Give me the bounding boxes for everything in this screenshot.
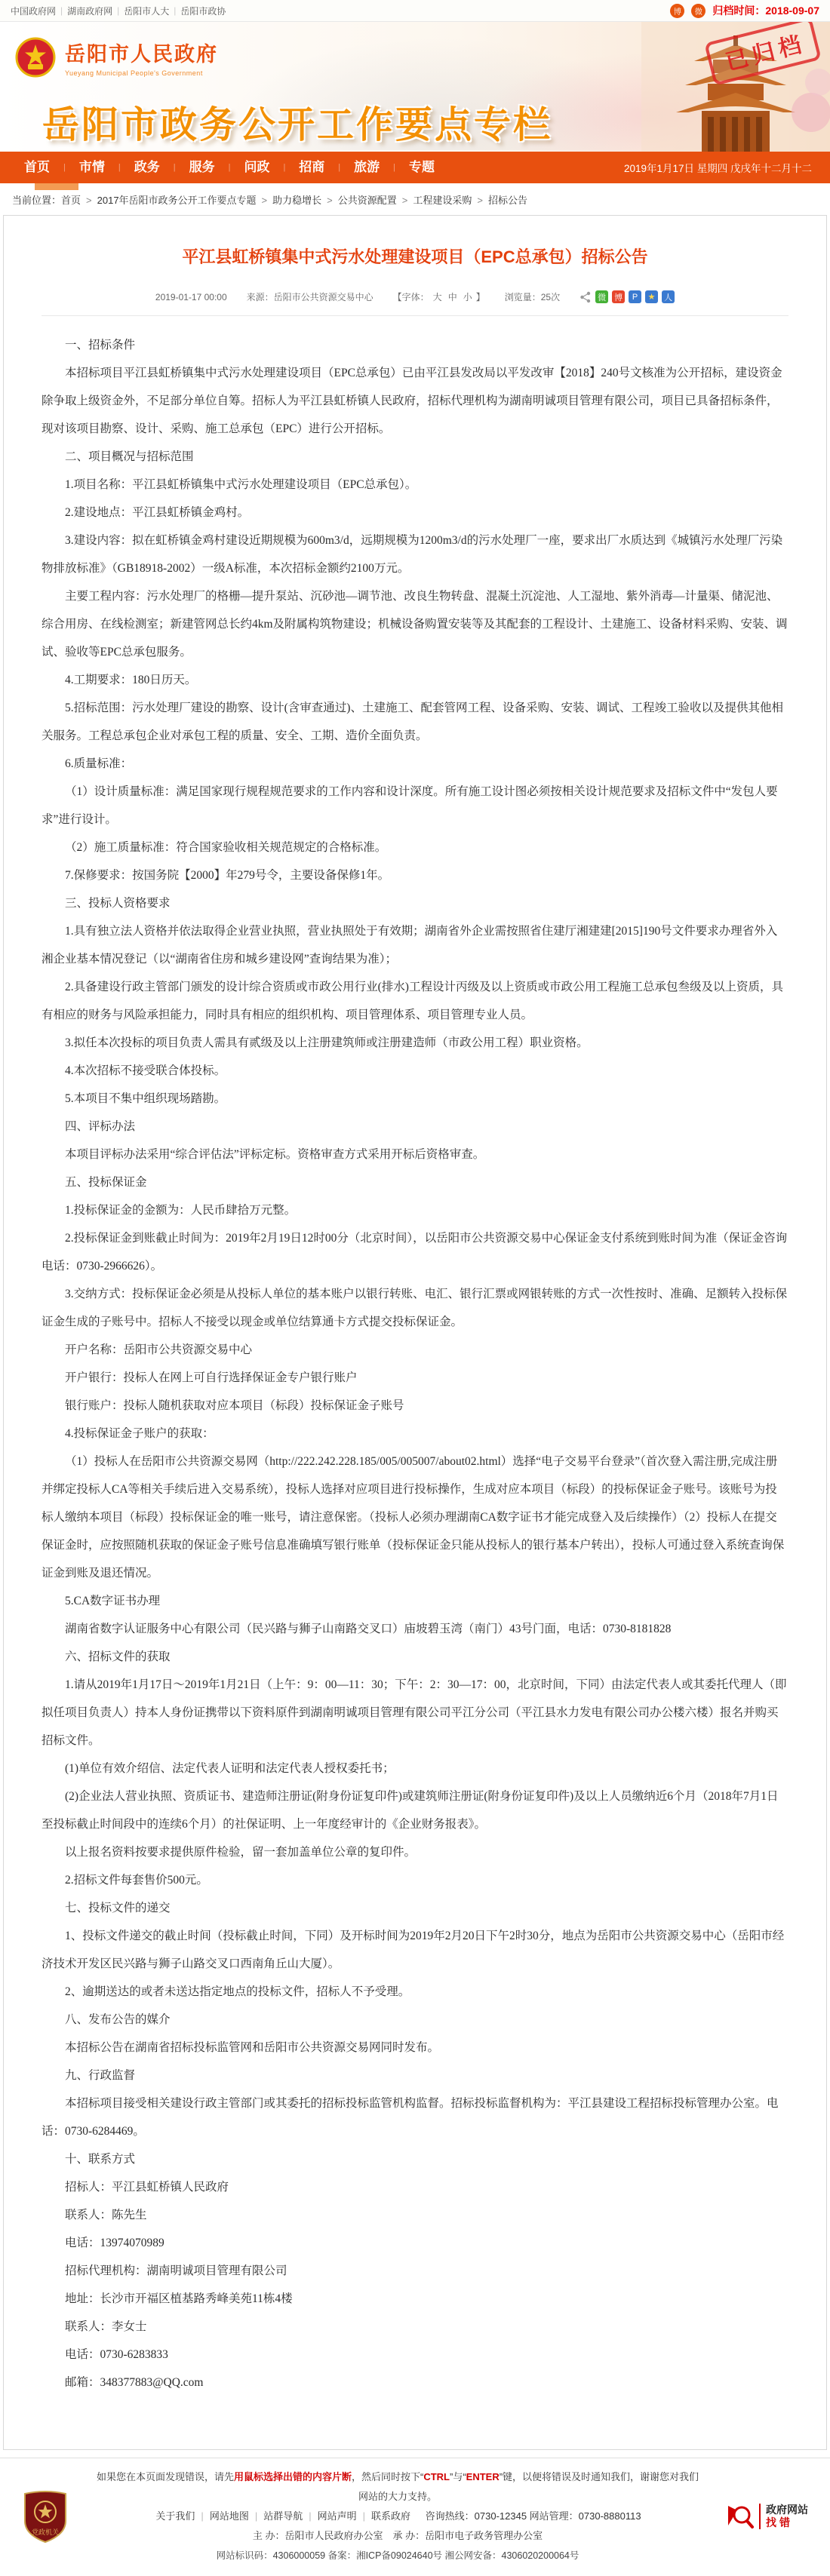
topbar-links: 中国政府网|湖南政府网|岳阳市人大|岳阳市政协 — [11, 5, 226, 17]
article-paragraph: 本招标项目接受相关建设行政主管部门或其委托的招标投标监管机构监督。招标投标监督机… — [41, 2089, 788, 2145]
tip-fragment: 用鼠标选择出错的内容片断 — [234, 2471, 352, 2482]
article-paragraph: 三、投标人资格要求 — [41, 889, 788, 917]
breadcrumb-item[interactable]: 助力稳增长 — [272, 195, 321, 206]
banner-title: 岳阳市政务公开工作要点专栏 — [42, 96, 552, 149]
separator: > — [262, 195, 268, 206]
article-paragraph: 2.招标文件每套售价500元。 — [41, 1866, 788, 1894]
nav-item[interactable]: 首页 — [11, 152, 63, 183]
national-emblem-logo — [15, 37, 56, 78]
topbar-link[interactable]: 湖南政府网 — [67, 5, 112, 17]
article-body: 一、招标条件本招标项目平江县虹桥镇集中式污水处理建设项目（EPC总承包）已由平江… — [41, 331, 788, 2396]
view-count: 浏览量：25次 — [505, 290, 560, 303]
article-paragraph: 二、项目概况与招标范围 — [41, 443, 788, 471]
share-weibo-icon[interactable]: 博 — [612, 290, 625, 303]
nav-item[interactable]: 市情 — [66, 152, 118, 183]
font-size-button[interactable]: 中 — [448, 290, 457, 303]
find-error-bottom-label: 找错 — [766, 2516, 808, 2529]
article-paragraph: 3.交纳方式：投标保证金必须是从投标人单位的基本账户以银行转账、电汇、银行汇票或… — [41, 1280, 788, 1336]
article-paragraph: 八、发布公告的媒介 — [41, 2006, 788, 2034]
article-paragraph: 1.请从2019年1月17日～2019年1月21日（上午：9：00—11：30；… — [41, 1671, 788, 1755]
nav-item[interactable]: 招商 — [285, 152, 338, 183]
article-paragraph: 6.质量标准： — [41, 750, 788, 778]
footer-center: 如果您在本页面发现错误，请先用鼠标选择出错的内容片断，然后同时按下“CTRL”与… — [96, 2467, 699, 2565]
nav-active-strip — [35, 183, 78, 190]
nav-item[interactable]: 旅游 — [340, 152, 393, 183]
gov-name-en: Yueyang Municipal People's Government — [65, 69, 218, 77]
tip-fragment: ENTER — [466, 2471, 500, 2482]
main-nav: 首页|市情|政务|服务|问政|招商|旅游|专题 2019年1月17日 星期四 戊… — [0, 152, 830, 183]
find-error-top-label: 政府网站 — [766, 2504, 808, 2516]
article-paragraph: 五、投标保证金 — [41, 1168, 788, 1196]
article-paragraph: （1）设计质量标准：满足国家现行规程规范要求的工作内容和设计深度。所有施工设计图… — [41, 778, 788, 834]
article-paragraph: 5.CA数字证书办理 — [41, 1587, 788, 1615]
article-paragraph: 3.建设内容：拟在虹桥镇金鸡村建设近期规模为600m3/d，远期规模为1200m… — [41, 527, 788, 582]
find-error-texts: 政府网站 找错 — [759, 2504, 808, 2529]
share-bar: 微博P★人 — [579, 290, 675, 303]
article-paragraph: 联系人：陈先生 — [41, 2201, 788, 2229]
breadcrumb-item[interactable]: 招标公告 — [488, 195, 527, 206]
article-paragraph: 本招标公告在湖南省招标投标监管网和岳阳市公共资源交易网同时发布。 — [41, 2034, 788, 2062]
nav-date-label: 2019年1月17日 星期四 戊戌年十二月十二 — [624, 160, 819, 175]
article-paragraph: 电话：0730-6283833 — [41, 2341, 788, 2369]
font-size-button[interactable]: 大 — [433, 290, 442, 303]
article-paragraph: 2.建设地点：平江县虹桥镇金鸡村。 — [41, 499, 788, 527]
article-paragraph: 电话：13974070989 — [41, 2229, 788, 2257]
breadcrumb-items: 首页>2017年岳阳市政务公开工作要点专题>助力稳增长>公共资源配置>工程建设采… — [61, 192, 527, 207]
topbar-link[interactable]: 岳阳市人大 — [124, 5, 169, 17]
footer-links: 关于我们|网站地图|站群导航|网站声明|联系政府 — [154, 2510, 412, 2522]
share-icon[interactable] — [579, 291, 592, 303]
nav-item[interactable]: 政务 — [121, 152, 174, 183]
tip-fragment: ”与“ — [450, 2471, 466, 2482]
article-paragraph: 2.投标保证金到账截止时间为：2019年2月19日12时00分（北京时间），以岳… — [41, 1224, 788, 1280]
gov-logo-row: 岳阳市人民政府 Yueyang Municipal People's Gover… — [15, 37, 218, 78]
article-paragraph: 六、招标文件的获取 — [41, 1643, 788, 1671]
article-paragraph: 2.具备建设行政主管部门颁发的设计综合资质或市政公用行业(排水)工程设计丙级及以… — [41, 973, 788, 1029]
article-paragraph: (2)企业法人营业执照、资质证书、建造师注册证(附身份证复印件)或建筑师注册证(… — [41, 1782, 788, 1838]
article-paragraph: 联系人：李女士 — [41, 2313, 788, 2341]
footer-link[interactable]: 网站声明 — [318, 2510, 357, 2522]
article-paragraph: 招标人：平江县虹桥镇人民政府 — [41, 2173, 788, 2201]
article-paragraph: 十、联系方式 — [41, 2145, 788, 2173]
badge-text-node: 党政机关 — [32, 2528, 59, 2536]
share-icons: 微博P★人 — [595, 290, 675, 303]
article-paragraph: 七、投标文件的递交 — [41, 1894, 788, 1922]
share-tieba-icon[interactable]: P — [629, 290, 641, 303]
nav-item[interactable]: 问政 — [230, 152, 283, 183]
article-paragraph: 1.具有独立法人资格并依法取得企业营业执照，营业执照处于有效期；湖南省外企业需按… — [41, 917, 788, 973]
footer-link[interactable]: 联系政府 — [371, 2510, 410, 2522]
topbar-link[interactable]: 中国政府网 — [11, 5, 56, 17]
article-paragraph: 四、评标办法 — [41, 1113, 788, 1141]
article-paragraph: 本招标项目平江县虹桥镇集中式污水处理建设项目（EPC总承包）已由平江县发改局以平… — [41, 359, 788, 443]
article-paragraph: 5.本项目不集中组织现场踏勘。 — [41, 1085, 788, 1113]
article-paragraph: 5.招标范围：污水处理厂建设的勘察、设计(含审查通过)、土建施工、配套管网工程、… — [41, 694, 788, 750]
wechat-icon[interactable]: 微 — [691, 4, 705, 18]
topbar-right: 博 微 归档时间：2018-09-07 — [670, 3, 819, 18]
weibo-icon[interactable]: 博 — [670, 4, 684, 18]
article-paragraph: 本项目评标办法采用“综合评估法”评标定标。资格审查方式采用开标后资格审查。 — [41, 1141, 788, 1168]
article-paragraph: 4.投标保证金子账户的获取： — [41, 1420, 788, 1448]
topbar-link[interactable]: 岳阳市政协 — [180, 5, 226, 17]
font-size-buttons: 大中小 — [431, 290, 475, 303]
separator: > — [86, 195, 92, 206]
separator: | — [309, 2510, 311, 2522]
magnifier-icon — [727, 2503, 754, 2530]
separator: | — [201, 2510, 203, 2522]
share-renren-icon[interactable]: 人 — [662, 290, 675, 303]
separator: > — [327, 195, 333, 206]
separator: > — [477, 195, 483, 206]
article-paragraph: 主要工程内容：污水处理厂的格栅—提升泵站、沉砂池—调节池、改良生物转盘、混凝土沉… — [41, 582, 788, 666]
site-footer: 党政机关 如果您在本页面发现错误，请先用鼠标选择出错的内容片断，然后同时按下“C… — [0, 2458, 830, 2576]
share-qzone-icon[interactable]: ★ — [645, 290, 658, 303]
article-paragraph: 3.拟任本次投标的项目负责人需具有贰级及以上注册建筑师或注册建造师（市政公用工程… — [41, 1029, 788, 1057]
article-paragraph: 4.本次招标不接受联合体投标。 — [41, 1057, 788, 1085]
party-gov-badge: 党政机关 — [22, 2489, 69, 2544]
breadcrumb: 当前位置： 首页>2017年岳阳市政务公开工作要点专题>助力稳增长>公共资源配置… — [0, 183, 830, 215]
article-paragraph: （1）投标人在岳阳市公共资源交易网（http://222.242.228.185… — [41, 1448, 788, 1587]
nav-item[interactable]: 服务 — [176, 152, 229, 183]
article-paragraph: 1、投标文件递交的截止时间（投标截止时间，下同）及开标时间为2019年2月20日… — [41, 1922, 788, 1978]
footer-links-row: 关于我们|网站地图|站群导航|网站声明|联系政府 咨询热线：0730-12345… — [96, 2507, 699, 2526]
breadcrumb-label: 当前位置： — [12, 192, 61, 207]
share-wechat-icon[interactable]: 微 — [595, 290, 608, 303]
article-paragraph: 开户银行：投标人在网上可自行选择保证金专户银行账户 — [41, 1364, 788, 1392]
footer-ids-line: 网站标识码：4306000059 备案：湘ICP备09024640号 湘公网安备… — [96, 2546, 699, 2565]
tip-fragment: CTRL — [423, 2471, 450, 2482]
article-paragraph: 7.保修要求：按国务院【2000】年279号令，主要设备保修1年。 — [41, 861, 788, 889]
site-banner: 岳阳市人民政府 Yueyang Municipal People's Gover… — [0, 21, 830, 152]
article-title: 平江县虹桥镇集中式污水处理建设项目（EPC总承包）招标公告 — [41, 244, 788, 268]
article-paragraph: (1)单位有效介绍信、法定代表人证明和法定代表人授权委托书； — [41, 1755, 788, 1782]
font-size-control: 【字体： 大中小 】 — [393, 290, 485, 303]
article-card: 平江县虹桥镇集中式污水处理建设项目（EPC总承包）招标公告 2019-01-17… — [3, 215, 827, 2450]
footer-hotline: 咨询热线：0730-12345 网站管理：0730-8880113 — [426, 2510, 641, 2522]
article-meta: 2019-01-17 00:00 来源：岳阳市公共资源交易中心 【字体： 大中小… — [41, 290, 788, 316]
breadcrumb-item[interactable]: 2017年岳阳市政务公开工作要点专题 — [97, 195, 257, 206]
separator: | — [60, 5, 63, 16]
font-control-label-end: 】 — [476, 290, 485, 303]
gov-names: 岳阳市人民政府 Yueyang Municipal People's Gover… — [65, 38, 218, 77]
separator: | — [174, 5, 176, 16]
tip-fragment: ，然后同时按下“ — [352, 2471, 423, 2482]
footer-link[interactable]: 网站地图 — [210, 2510, 249, 2522]
gov-site-find-error-widget[interactable]: 政府网站 找错 — [727, 2503, 808, 2530]
separator: | — [363, 2510, 365, 2522]
article-source: 来源：岳阳市公共资源交易中心 — [247, 290, 373, 303]
error-report-tip: 如果您在本页面发现错误，请先用鼠标选择出错的内容片断，然后同时按下“CTRL”与… — [96, 2467, 699, 2507]
nav-item[interactable]: 专题 — [395, 152, 448, 183]
top-strip: 中国政府网|湖南政府网|岳阳市人大|岳阳市政协 博 微 归档时间：2018-09… — [0, 0, 830, 21]
archive-time-label: 归档时间：2018-09-07 — [712, 3, 819, 18]
article-paragraph: 4.工期要求：180日历天。 — [41, 666, 788, 694]
article-paragraph: 九、行政监督 — [41, 2062, 788, 2089]
article-paragraph: 2、逾期送达的或者未送达指定地点的投标文件，招标人不予受理。 — [41, 1978, 788, 2006]
footer-host-line: 主 办：岳阳市人民政府办公室 承 办：岳阳市电子政务管理办公室 — [96, 2526, 699, 2546]
breadcrumb-item[interactable]: 工程建设采购 — [413, 195, 472, 206]
article-paragraph: 开户名称：岳阳市公共资源交易中心 — [41, 1336, 788, 1364]
separator: | — [117, 5, 119, 16]
publish-date: 2019-01-17 00:00 — [155, 292, 227, 302]
nav-items: 首页|市情|政务|服务|问政|招商|旅游|专题 — [11, 152, 448, 183]
separator: > — [402, 195, 408, 206]
gov-name-cn[interactable]: 岳阳市人民政府 — [65, 38, 218, 67]
font-control-label: 【字体： — [393, 290, 429, 303]
article-paragraph: 以上报名资料按要求提供原件检验，留一套加盖单位公章的复印件。 — [41, 1838, 788, 1866]
article-paragraph: 1.项目名称：平江县虹桥镇集中式污水处理建设项目（EPC总承包）。 — [41, 471, 788, 499]
article-paragraph: 湖南省数字认证服务中心有限公司（民兴路与狮子山南路交叉口）庙坡碧玉湾（南门）43… — [41, 1615, 788, 1643]
footer-link[interactable]: 关于我们 — [155, 2510, 195, 2522]
article-paragraph: 一、招标条件 — [41, 331, 788, 359]
breadcrumb-item[interactable]: 首页 — [61, 195, 81, 206]
article-paragraph: （2）施工质量标准：符合国家验收相关规范规定的合格标准。 — [41, 834, 788, 861]
article-paragraph: 银行账户：投标人随机获取对应本项目（标段）投标保证金子账号 — [41, 1392, 788, 1420]
tip-fragment: 如果您在本页面发现错误，请先 — [97, 2471, 234, 2482]
article-paragraph: 1.投标保证金的金额为：人民币肆拾万元整。 — [41, 1196, 788, 1224]
breadcrumb-item[interactable]: 公共资源配置 — [338, 195, 397, 206]
article-paragraph: 邮箱：348377883@QQ.com — [41, 2369, 788, 2396]
separator: | — [255, 2510, 257, 2522]
article-paragraph: 地址：长沙市开福区植基路秀峰美苑11栋4楼 — [41, 2285, 788, 2313]
footer-link[interactable]: 站群导航 — [263, 2510, 303, 2522]
font-size-button[interactable]: 小 — [463, 290, 472, 303]
